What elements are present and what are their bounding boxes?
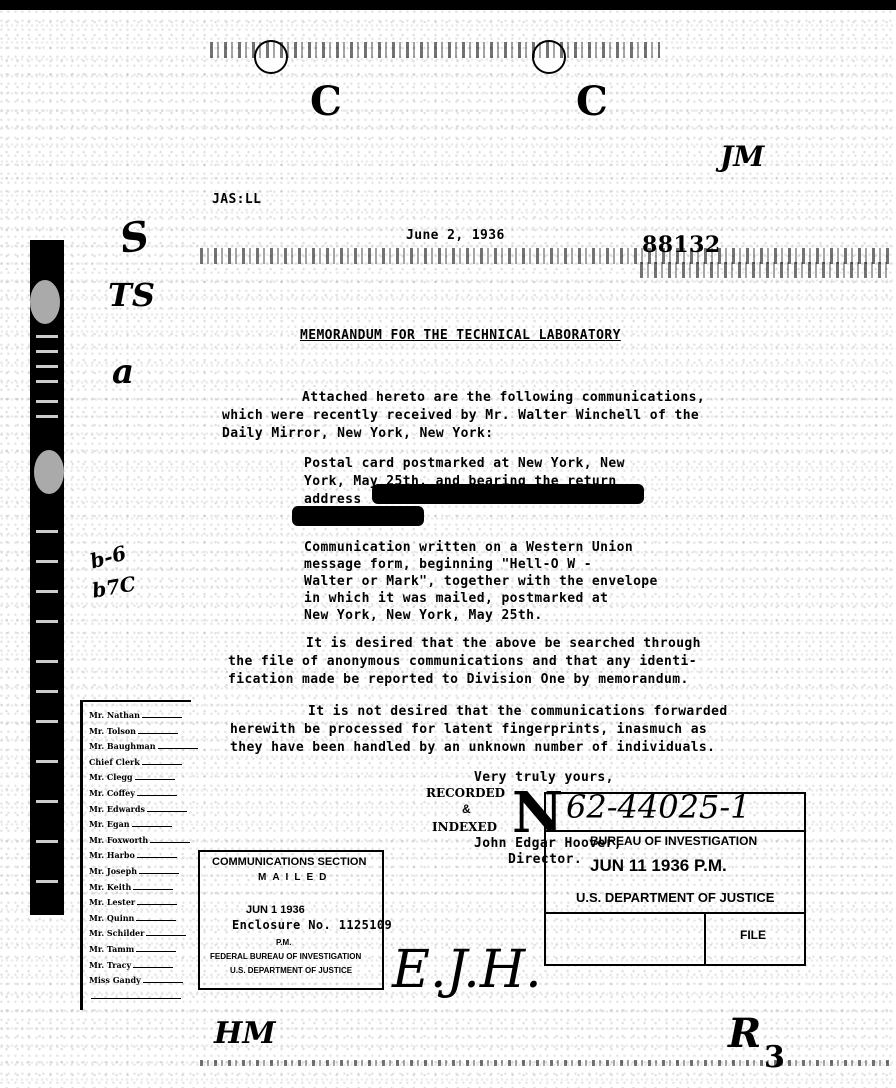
- routing-slip-row: Mr. Keith: [89, 882, 173, 892]
- routing-slip-line: [135, 779, 175, 780]
- fbi-label: FEDERAL BUREAU OF INVESTIGATION: [210, 952, 361, 961]
- routing-slip-blank-line: [89, 991, 181, 1001]
- paragraph-2-line-2: the file of anonymous communications and…: [228, 654, 697, 669]
- item-2-line-5: New York, New York, May 25th.: [304, 608, 543, 623]
- routing-slip-line: [142, 764, 182, 765]
- handwritten-initials-bottom-left: HM: [214, 1016, 276, 1051]
- routing-slip-line: [133, 889, 173, 890]
- routing-slip-line: [132, 826, 172, 827]
- routing-slip-name: Mr. Tracy: [89, 960, 131, 970]
- item-2-line-3: Walter or Mark", together with the envel…: [304, 574, 658, 589]
- paragraph-1-line-1: Attached hereto are the following commun…: [302, 390, 705, 405]
- handwritten-s: S: [116, 212, 153, 263]
- paragraph-2-line-1: It is desired that the above be searched…: [306, 636, 701, 651]
- scan-noise: [640, 262, 890, 278]
- routing-slip-row: Mr. Baughman: [89, 741, 198, 751]
- routing-slip-row: Mr. Lester: [89, 897, 177, 907]
- redaction-bar: [292, 506, 424, 526]
- item-2-line-2: message form, beginning "Hell-O W -: [304, 557, 592, 572]
- routing-slip-row: Mr. Coffey: [89, 788, 177, 798]
- department-label: U.S. DEPARTMENT OF JUSTICE: [576, 890, 774, 905]
- routing-slip-name: Mr. Harbo: [89, 850, 135, 860]
- paragraph-2-line-3: fication made be reported to Division On…: [228, 672, 689, 687]
- routing-slip-name: Mr. Tolson: [89, 726, 136, 736]
- routing-slip-line: [139, 873, 179, 874]
- routing-slip-row: Mr. Tamm: [89, 944, 176, 954]
- pm-label: P.M.: [276, 938, 291, 947]
- routing-slip-name: Miss Gandy: [89, 975, 141, 985]
- bureau-label: BUREAU OF INVESTIGATION: [590, 834, 757, 848]
- routing-slip-name: Mr. Clegg: [89, 772, 133, 782]
- routing-slip-row: Mr. Foxworth: [89, 835, 190, 845]
- routing-slip-line: [137, 857, 177, 858]
- routing-slip-name: Mr. Quinn: [89, 913, 134, 923]
- routing-slip-name: Mr. Coffey: [89, 788, 135, 798]
- routing-slip-row: Mr. Clegg: [89, 772, 175, 782]
- document-date: June 2, 1936: [406, 228, 505, 243]
- routing-slip-name: Mr. Tamm: [89, 944, 134, 954]
- routing-slip-line: [133, 967, 173, 968]
- routing-slip-name: Chief Clerk: [89, 757, 140, 767]
- exemption-b6: b-6: [88, 541, 129, 574]
- exemption-b7c: b7C: [90, 571, 137, 602]
- routing-slip-row: Mr. Quinn: [89, 913, 176, 923]
- routing-slip-line: [142, 717, 182, 718]
- item-1-line-3: address: [304, 492, 362, 507]
- scanned-document-page: C C JM S TS a b-6 b7C JAS:LL June 2, 193…: [0, 0, 896, 1088]
- routing-slip-name: Mr. Foxworth: [89, 835, 148, 845]
- recorded-stamp: RECORDED: [426, 786, 505, 800]
- item-2-line-4: in which it was mailed, postmarked at: [304, 591, 608, 606]
- routing-slip-line: [158, 748, 198, 749]
- routing-slip-name: Mr. Egan: [89, 819, 130, 829]
- routing-slip-line: [150, 842, 190, 843]
- serial-stamp: 88132: [642, 232, 721, 258]
- file-label: FILE: [740, 928, 766, 942]
- handwritten-signature: E.J.H.: [392, 940, 542, 1000]
- paragraph-3-line-1: It is not desired that the communication…: [308, 704, 728, 719]
- paragraph-1-line-3: Daily Mirror, New York, New York:: [222, 426, 493, 441]
- routing-slip-row: Mr. Nathan: [89, 710, 182, 720]
- routing-slip-row: Mr. Egan: [89, 819, 172, 829]
- binder-ring-left-icon: C: [310, 78, 342, 125]
- routing-slip-name: Mr. Joseph: [89, 866, 137, 876]
- routing-slip-line: [136, 920, 176, 921]
- item-2-line-1: Communication written on a Western Union: [304, 540, 633, 555]
- redaction-bar: [372, 484, 644, 504]
- routing-slip-name: Mr. Keith: [89, 882, 131, 892]
- routing-slip-row: Mr. Tracy: [89, 960, 173, 970]
- handwritten-a: a: [112, 352, 134, 392]
- routing-slip-row: Miss Gandy: [89, 975, 183, 985]
- handwritten-initials-bottom-right: R: [728, 1010, 761, 1057]
- routing-slip-name: Mr. Nathan: [89, 710, 140, 720]
- paragraph-3-line-2: herewith be processed for latent fingerp…: [230, 722, 707, 737]
- routing-slip-name: Mr. Schilder: [89, 928, 144, 938]
- scan-noise: [200, 1060, 890, 1066]
- routing-slip-row: Chief Clerk: [89, 757, 182, 767]
- item-1-line-1: Postal card postmarked at New York, New: [304, 456, 625, 471]
- handwritten-initials-top-right: JM: [720, 140, 764, 173]
- routing-slip-row: Mr. Tolson: [89, 726, 178, 736]
- page-number: 3: [764, 1040, 785, 1075]
- mailed-date: JUN 1 1936: [246, 904, 305, 916]
- routing-slip-row: Mr. Schilder: [89, 928, 186, 938]
- file-number: 62-44025-1: [566, 788, 751, 826]
- enclosure-number: Enclosure No. 1125109: [232, 918, 392, 932]
- routing-slip-row: Mr. Joseph: [89, 866, 179, 876]
- ampersand-stamp: &: [462, 802, 471, 816]
- initials-reference: JAS:LL: [212, 192, 261, 207]
- routing-slip-name: Mr. Edwards: [89, 804, 145, 814]
- routing-slip-name: Mr. Lester: [89, 897, 135, 907]
- paragraph-3-line-3: they have been handled by an unknown num…: [230, 740, 715, 755]
- doj-label: U.S. DEPARTMENT OF JUSTICE: [230, 966, 352, 975]
- memo-title: MEMORANDUM FOR THE TECHNICAL LABORATORY: [300, 328, 621, 343]
- paragraph-1-line-2: which were recently received by Mr. Walt…: [222, 408, 699, 423]
- routing-slip-line: [146, 935, 186, 936]
- routing-slip-line: [136, 951, 176, 952]
- scan-noise: [210, 42, 660, 58]
- routing-slip-line: [143, 982, 183, 983]
- routing-slip-line: [137, 904, 177, 905]
- indexed-stamp: INDEXED: [432, 820, 497, 834]
- routing-slip-line: [147, 811, 187, 812]
- side-binding-strip: [30, 240, 64, 915]
- handwritten-ts: TS: [108, 276, 155, 314]
- routing-slip-row: Mr. Harbo: [89, 850, 177, 860]
- routing-slip-line: [138, 733, 178, 734]
- routing-slip-line: [137, 795, 177, 796]
- comm-section-label: COMMUNICATIONS SECTION: [212, 856, 366, 868]
- received-date: JUN 11 1936 P.M.: [590, 856, 727, 876]
- scan-border-top: [0, 0, 896, 10]
- routing-slip-row: Mr. Edwards: [89, 804, 187, 814]
- routing-slip-name: Mr. Baughman: [89, 741, 156, 751]
- routing-slip: Mr. NathanMr. TolsonMr. BaughmanChief Cl…: [80, 700, 191, 1010]
- mailed-label: MAILED: [258, 872, 332, 883]
- binder-ring-right-icon: C: [576, 78, 608, 125]
